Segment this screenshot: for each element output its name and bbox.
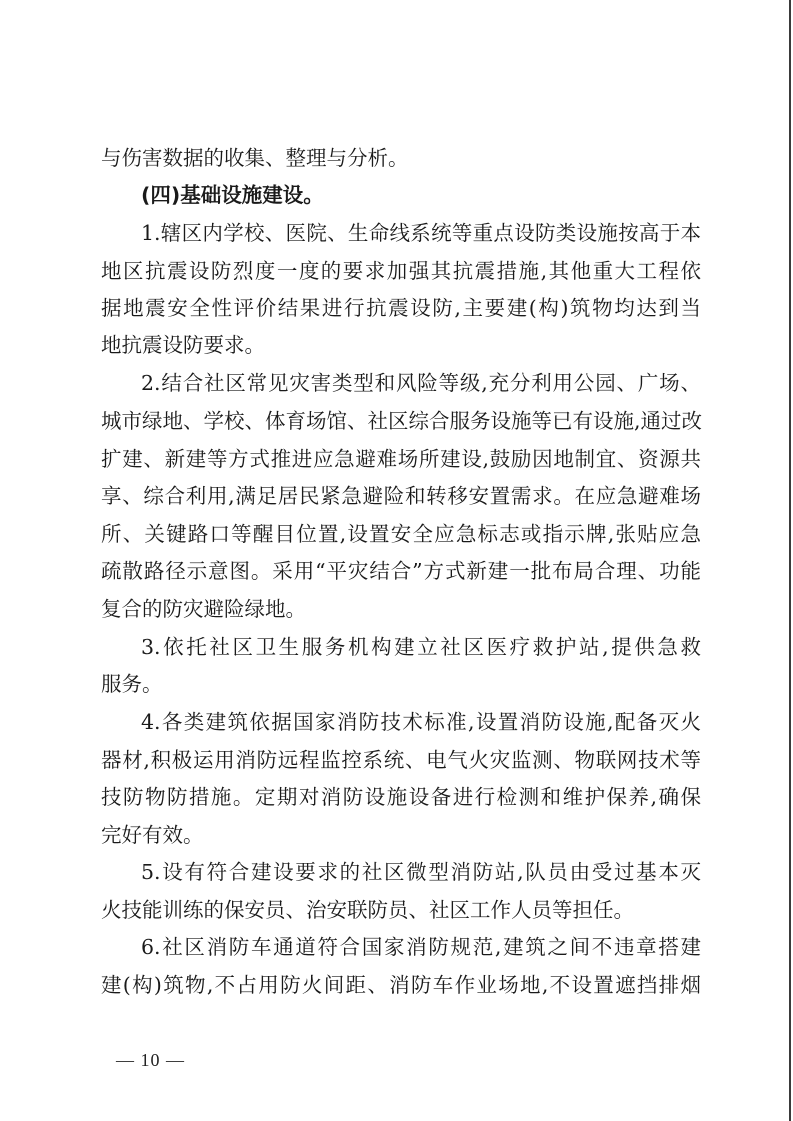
text-line: 服务。 (101, 669, 701, 699)
text-line: 与伤害数据的收集、整理与分析。 (101, 143, 701, 173)
text-line: 扩建、新建等方式推进应急避难场所建设,鼓励因地制宜、资源共 (101, 444, 701, 474)
text-line: 疏散路径示意图。采用“平灾结合”方式新建一批布局合理、功能 (101, 556, 701, 586)
text-line: 城市绿地、学校、体育场馆、社区综合服务设施等已有设施,通过改 (101, 406, 701, 436)
text-line: 5.设有符合建设要求的社区微型消防站,队员由受过基本灭 (141, 857, 701, 887)
text-line: 4.各类建筑依据国家消防技术标准,设置消防设施,配备灭火 (141, 707, 701, 737)
scan-edge (789, 0, 791, 1121)
text-line: 建(构)筑物,不占用防火间距、消防车作业场地,不设置遮挡排烟 (101, 970, 701, 1000)
text-line: 火技能训练的保安员、治安联防员、社区工作人员等担任。 (101, 895, 701, 925)
text-line: 享、综合利用,满足居民紧急避险和转移安置需求。在应急避难场 (101, 481, 701, 511)
text-line: 所、关键路口等醒目位置,设置安全应急标志或指示牌,张贴应急 (101, 519, 701, 549)
text-line: 地区抗震设防烈度一度的要求加强其抗震措施,其他重大工程依 (101, 256, 701, 286)
text-line: 器材,积极运用消防远程监控系统、电气火灾监测、物联网技术等 (101, 745, 701, 775)
text-line: 技防物防措施。定期对消防设施设备进行检测和维护保养,确保 (101, 782, 701, 812)
document-page: 与伤害数据的收集、整理与分析。(四)基础设施建设。1.辖区内学校、医院、生命线系… (0, 0, 793, 1121)
text-line: 据地震安全性评价结果进行抗震设防,主要建(构)筑物均达到当 (101, 293, 701, 323)
text-line: 2.结合社区常见灾害类型和风险等级,充分利用公园、广场、 (141, 368, 701, 398)
section-heading: (四)基础设施建设。 (141, 180, 701, 210)
text-line: 地抗震设防要求。 (101, 330, 701, 360)
page-number: — 10 — (116, 1045, 185, 1075)
text-line: 6.社区消防车通道符合国家消防规范,建筑之间不违章搭建 (141, 932, 701, 962)
text-line: 复合的防灾避险绿地。 (101, 594, 701, 624)
text-line: 1.辖区内学校、医院、生命线系统等重点设防类设施按高于本 (141, 218, 701, 248)
text-line: 3.依托社区卫生服务机构建立社区医疗救护站,提供急救 (141, 632, 701, 662)
text-line: 完好有效。 (101, 820, 701, 850)
